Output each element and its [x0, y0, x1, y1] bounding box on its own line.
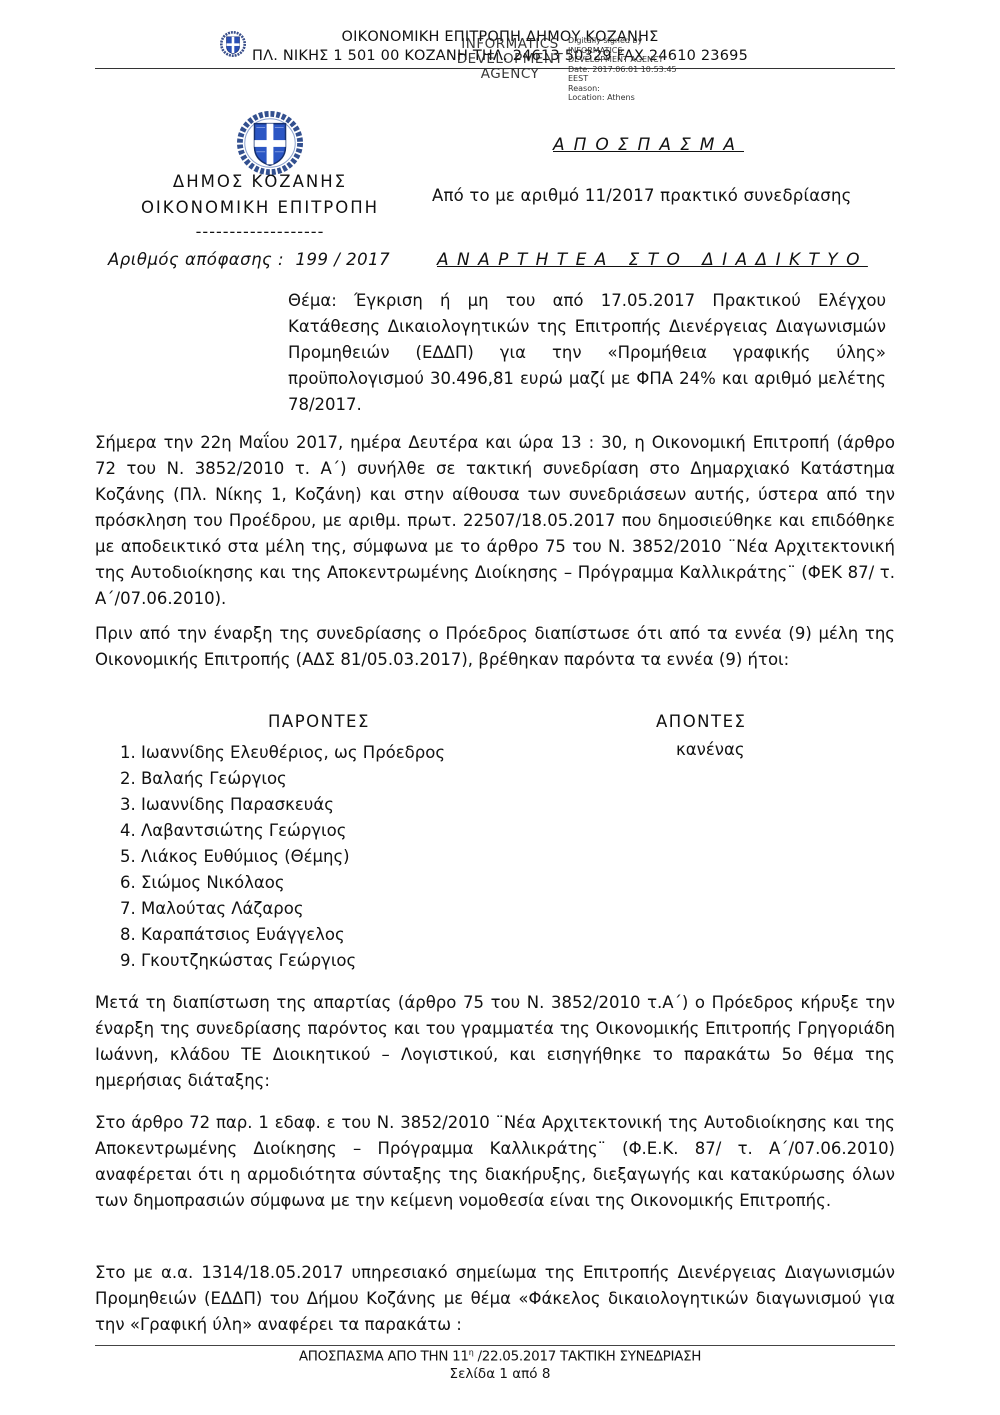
service-memo-paragraph: Στο με α.α. 1314/18.05.2017 υπηρεσιακό σ… — [95, 1260, 895, 1338]
letterhead-dashes: ------------------- — [110, 222, 410, 241]
subject-paragraph: Θέμα: Έγκριση ή μη του από 17.05.2017 Πρ… — [288, 288, 886, 418]
digital-signature-details: Digitally signed by INFORMATICS DEVELOPM… — [568, 36, 677, 103]
meeting-convened-paragraph: Σήμερα την 22η Μαΐου 2017, ημέρα Δευτέρα… — [95, 430, 895, 612]
list-item: 9. Γκουτζηκώστας Γεώργιος — [120, 948, 445, 974]
document-type-title: ΑΠΟΣΠΑΣΜΑ — [553, 135, 744, 155]
list-item: 6. Σιώμος Νικόλαος — [120, 870, 445, 896]
present-members-list: 1. Ιωαννίδης Ελευθέριος, ως Πρόεδρος 2. … — [120, 740, 445, 974]
decision-label: Αριθμός απόφασης : — [108, 250, 284, 269]
page-number: Σελίδα 1 από 8 — [200, 1366, 800, 1382]
legal-basis-paragraph: Στο άρθρο 72 παρ. 1 εδαφ. ε του Ν. 3852/… — [95, 1110, 895, 1214]
greek-coat-of-arms-icon — [220, 31, 246, 57]
session-opening-paragraph: Μετά τη διαπίστωση της απαρτίας (άρθρο 7… — [95, 990, 895, 1094]
quorum-paragraph: Πριν από την έναρξη της συνεδρίασης ο Πρ… — [95, 621, 895, 673]
greek-coat-of-arms-icon — [236, 110, 304, 176]
list-item: 4. Λαβαντσιώτης Γεώργιος — [120, 818, 445, 844]
list-item: 7. Μαλούτας Λάζαρος — [120, 896, 445, 922]
minutes-reference: Από το με αριθμό 11/2017 πρακτικό συνεδρ… — [432, 186, 852, 205]
absent-value: κανένας — [676, 740, 745, 759]
list-item: 5. Λιάκος Ευθύμιος (Θέμης) — [120, 844, 445, 870]
list-item: 2. Βαλαής Γεώργιος — [120, 766, 445, 792]
decision-value: 199 / 2017 — [296, 250, 391, 269]
decision-number: Αριθμός απόφασης : 199 / 2017 — [108, 250, 390, 269]
footer-text: /22.05.2017 ΤΑΚΤΙΚΗ ΣΥΝΕΔΡΙΑΣΗ — [474, 1349, 702, 1365]
footer-text: ΑΠΟΣΠΑΣΜΑ ΑΠΟ ΤΗΝ 11 — [299, 1349, 469, 1365]
digital-signature-agency: INFORMATICS DEVELOPMENT AGENCY — [455, 37, 565, 82]
publish-online-notice: ΑΝΑΡΤΗΤΕΑ ΣΤΟ ΔΙΑΔΙΚΤΥΟ — [437, 250, 868, 270]
footer-divider — [95, 1345, 895, 1346]
municipality-name: ΔΗΜΟΣ ΚΟΖΑΝΗΣ — [110, 172, 410, 191]
header-divider — [95, 68, 895, 69]
absent-heading: ΑΠΟΝΤΕΣ — [656, 712, 746, 731]
header-address: ΠΛ. ΝΙΚΗΣ 1 501 00 ΚΟΖΑΝΗ — [252, 48, 468, 64]
present-heading: ΠΑΡΟΝΤΕΣ — [268, 712, 370, 731]
list-item: 1. Ιωαννίδης Ελευθέριος, ως Πρόεδρος — [120, 740, 445, 766]
list-item: 8. Καραπάτσιος Ευάγγελος — [120, 922, 445, 948]
list-item: 3. Ιωαννίδης Παρασκευάς — [120, 792, 445, 818]
committee-name: ΟΙΚΟΝΟΜΙΚΗ ΕΠΙΤΡΟΠΗ — [110, 198, 410, 217]
footer-session-reference: ΑΠΟΣΠΑΣΜΑ ΑΠΟ ΤΗΝ 11η /22.05.2017 ΤΑΚΤΙΚ… — [200, 1348, 800, 1365]
